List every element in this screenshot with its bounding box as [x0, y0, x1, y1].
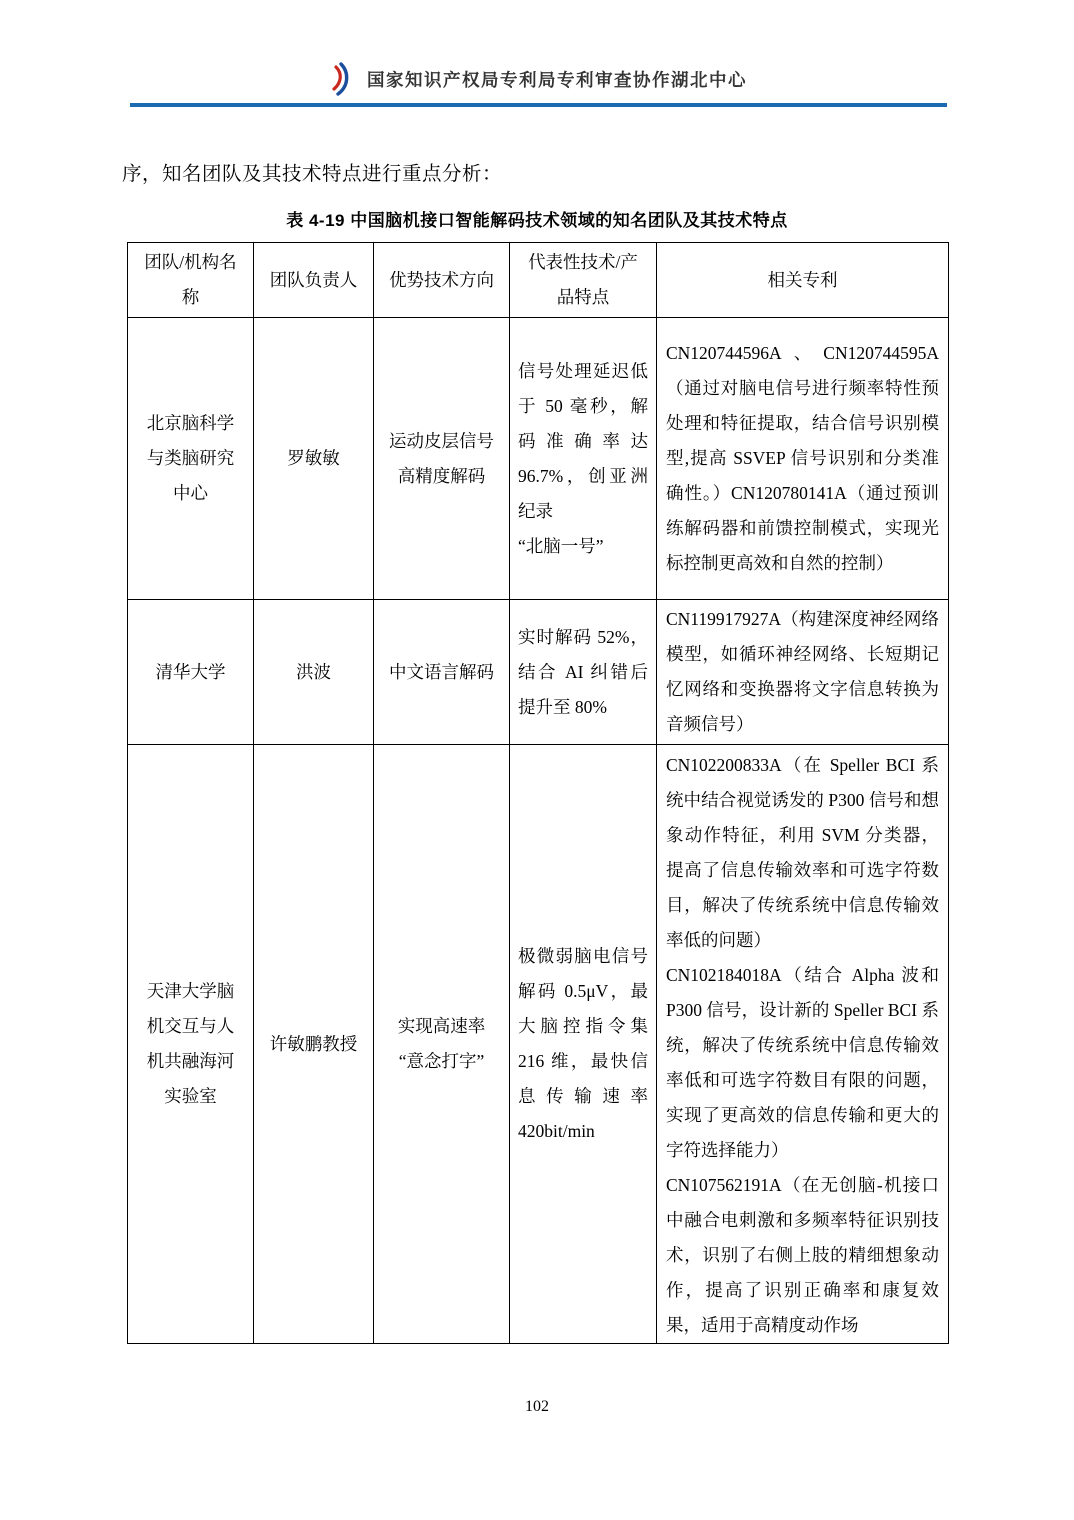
- org-name: 国家知识产权局专利局专利审查协作湖北中心: [367, 67, 747, 92]
- table-row: 天津大学脑 机交互与人 机共融海河 实验室 许敏鹏教授 实现高速率 “意念打字”…: [128, 745, 949, 1344]
- feature-paragraph: 极微弱脑电信号解码 0.5μV，最大脑控指令集 216 维，最快信息传输速率 4…: [518, 939, 648, 1149]
- table-row: 清华大学 洪波 中文语言解码 实时解码 52%，结合 AI 纠错后提升至 80%…: [128, 600, 949, 745]
- table-caption: 表 4-19 中国脑机接口智能解码技术领域的知名团队及其技术特点: [0, 206, 1074, 231]
- header-rule: [130, 103, 947, 107]
- column-header-direction: 优势技术方向: [374, 243, 510, 318]
- column-header-leader: 团队负责人: [254, 243, 374, 318]
- table-row: 北京脑科学 与类脑研究 中心 罗敏敏 运动皮层信号 高精度解码 信号处理延迟低于…: [128, 318, 949, 600]
- patent-paragraph: CN107562191A（在无创脑-机接口中融合电刺激和多频率特征识别技术，识别…: [666, 1168, 939, 1336]
- direction-cell: 运动皮层信号 高精度解码: [374, 318, 510, 600]
- table-header-row: 团队/机构名 称 团队负责人 优势技术方向 代表性技术/产 品特点 相关专利: [128, 243, 949, 318]
- patent-paragraph: CN102200833A（在 Speller BCI 系统中结合视觉诱发的 P3…: [666, 748, 939, 958]
- feature-paragraph: “北脑一号”: [518, 529, 648, 564]
- patents-cell: CN102200833A（在 Speller BCI 系统中结合视觉诱发的 P3…: [657, 745, 949, 1344]
- team-name-cell: 北京脑科学 与类脑研究 中心: [128, 318, 254, 600]
- column-header-features: 代表性技术/产 品特点: [510, 243, 657, 318]
- intro-paragraph: 序，知名团队及其技术特点进行重点分析：: [122, 158, 502, 186]
- team-name-cell: 天津大学脑 机交互与人 机共融海河 实验室: [128, 745, 254, 1344]
- document-page: 国家知识产权局专利局专利审查协作湖北中心 序，知名团队及其技术特点进行重点分析：…: [0, 0, 1074, 1520]
- features-cell: 实时解码 52%，结合 AI 纠错后提升至 80%: [510, 600, 657, 745]
- page-header: 国家知识产权局专利局专利审查协作湖北中心: [0, 60, 1074, 98]
- patents-clipped-content: CN102200833A（在 Speller BCI 系统中结合视觉诱发的 P3…: [666, 748, 939, 1336]
- column-header-team: 团队/机构名 称: [128, 243, 254, 318]
- direction-cell: 中文语言解码: [374, 600, 510, 745]
- patents-cell: CN120744596A、CN120744595A（通过对脑电信号进行频率特性预…: [657, 318, 949, 600]
- org-logo-icon: [327, 60, 353, 98]
- leader-cell: 许敏鹏教授: [254, 745, 374, 1344]
- patent-paragraph: CN119917927A（构建深度神经网络模型，如循环神经网络、长短期记忆网络和…: [666, 602, 939, 742]
- patent-paragraph: CN120744596A、CN120744595A（通过对脑电信号进行频率特性预…: [666, 336, 939, 581]
- feature-paragraph: 实时解码 52%，结合 AI 纠错后提升至 80%: [518, 620, 648, 725]
- teams-table: 团队/机构名 称 团队负责人 优势技术方向 代表性技术/产 品特点 相关专利 北…: [127, 242, 949, 1344]
- column-header-patents: 相关专利: [657, 243, 949, 318]
- features-cell: 信号处理延迟低于 50 毫秒，解码准确率达 96.7%，创亚洲纪录 “北脑一号”: [510, 318, 657, 600]
- features-cell: 极微弱脑电信号解码 0.5μV，最大脑控指令集 216 维，最快信息传输速率 4…: [510, 745, 657, 1344]
- feature-paragraph: 信号处理延迟低于 50 毫秒，解码准确率达 96.7%，创亚洲纪录: [518, 354, 648, 529]
- leader-cell: 罗敏敏: [254, 318, 374, 600]
- patents-cell: CN119917927A（构建深度神经网络模型，如循环神经网络、长短期记忆网络和…: [657, 600, 949, 745]
- patent-paragraph: CN102184018A（结合 Alpha 波和 P300 信号，设计新的 Sp…: [666, 958, 939, 1168]
- direction-cell: 实现高速率 “意念打字”: [374, 745, 510, 1344]
- team-name-cell: 清华大学: [128, 600, 254, 745]
- leader-cell: 洪波: [254, 600, 374, 745]
- page-number: 102: [0, 1398, 1074, 1416]
